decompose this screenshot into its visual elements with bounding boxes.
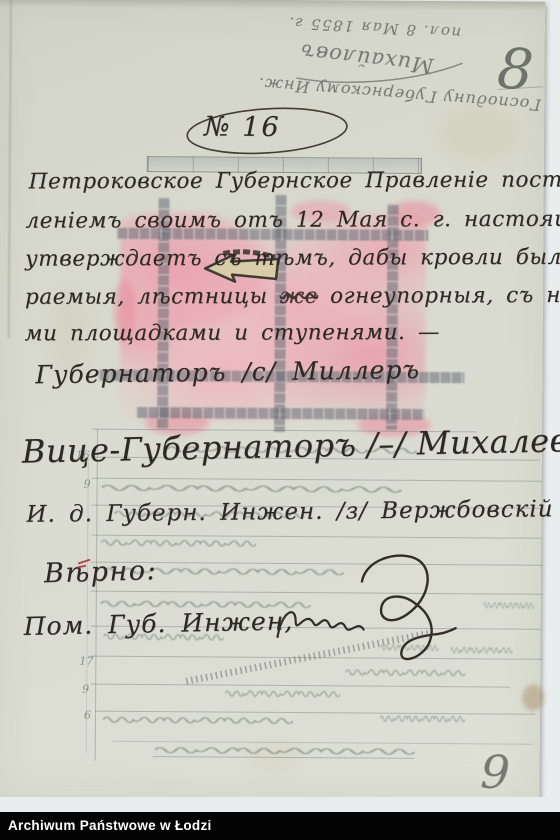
paper-stain [439,106,519,162]
body-line-3: утверждаетъ съ тѣмъ, дабы кровли были не… [25,244,560,271]
paper-sheet: 16 9 17 9 6 № 16 Петроковское Губернское… [0,0,545,803]
bleed-handwriting-row [101,537,256,548]
document-number: № 16 [204,111,281,143]
body-line-5: ми площадками и ступенями. — [25,320,440,346]
archive-watermark-bar: Archiwum Państwowe w Łodzi [0,812,560,840]
body-line-4: раемыя, лѣстницыжеогнеупорныя, съ несгор… [25,282,560,309]
red-pencil-tick [76,555,100,571]
archive-watermark-label: Archiwum Państwowe w Łodzi [0,812,560,840]
vice-governor-signature-line: Вице-Губернаторъ /–/ Михалевичъ [22,420,560,471]
pencil-date-note: пол. 8 Мая 1855 г. [287,13,461,41]
scan-background-strip [0,797,560,812]
margin-numeral: 17 [79,655,93,668]
margin-numeral: 9 [82,683,89,696]
body-line-1: Петроковское Губернское Правленіе постан… [29,167,560,194]
pencil-faint-line [497,83,545,93]
bleed-handwriting-row [155,744,415,756]
bleed-handwriting-row [103,714,293,725]
margin-numeral: 6 [84,709,91,722]
engineer-signature-line: И. д. Губерн. Инжен. /з/ Вержбовскій [26,496,553,528]
body-line-4-text: раемыя, лѣстницы [25,284,268,310]
struck-out-word: же [280,284,318,309]
pencil-page-number-bottom: 6 [480,743,512,798]
certified-label: Вѣрно: [44,555,158,589]
paper-top-shadow [0,0,545,11]
body-line-2: леніемъ своимъ отъ 12 Мая с. г. настоящі… [25,206,560,233]
scanned-document-page: 16 9 17 9 6 № 16 Петроковское Губернское… [0,0,560,840]
hatched-underline-flourish [180,617,440,691]
bleed-handwriting-row [380,713,465,724]
margin-numeral: 9 [84,478,91,491]
governor-signature-line: Губернаторъ /с/ Миллеръ [35,355,420,389]
paper-fold-crease [7,0,13,338]
pencil-page-number-top: 8 [495,36,536,104]
plan-grid-horizontal-bar [136,407,424,420]
body-line-4-text: огнеупорныя, съ несгораемы — [330,282,560,308]
bleed-handwriting-row [102,482,402,494]
paper-stain [522,685,544,711]
